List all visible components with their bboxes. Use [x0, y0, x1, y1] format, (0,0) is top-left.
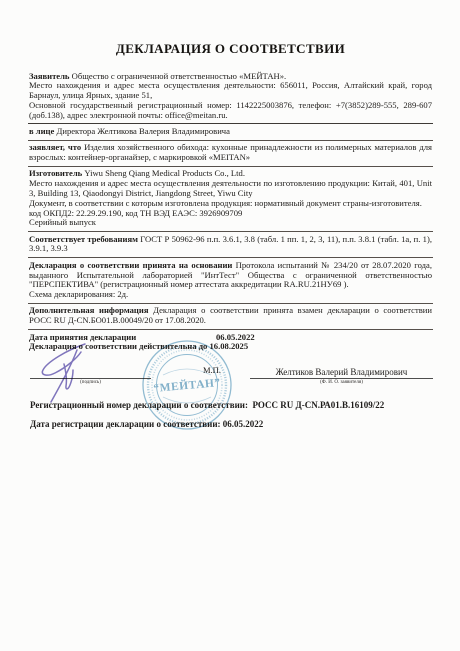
applicant-address: Место нахождения и адрес места осуществл…: [29, 81, 432, 101]
manufacturer-release-type: Серийный выпуск: [29, 218, 432, 228]
stamp-center-text: “МЕЙТАН”: [153, 375, 221, 395]
represented-by-text: Директора Желтикова Валерия Владимирович…: [56, 126, 229, 136]
additional-info-line: Дополнительная информация Декларация о с…: [29, 306, 432, 326]
applicant-ogrn: Основной государственный регистрационный…: [29, 101, 432, 121]
signer-name-caption: (Ф. И. О. заявителя): [250, 380, 433, 386]
manufacturer-section: Изготовитель Yiwu Sheng Qiang Medical Pr…: [28, 166, 433, 231]
declares-text: Изделия хозяйственного обихода: кухонные…: [29, 142, 432, 162]
applicant-label: Заявитель: [29, 71, 69, 81]
document-title: ДЕКЛАРАЦИЯ О СООТВЕТСТВИИ: [28, 41, 433, 57]
manufacturer-address: Место нахождения и адрес места осуществл…: [29, 179, 432, 199]
company-round-stamp: “МЕЙТАН”: [141, 339, 233, 431]
signer-name-block: Желтиков Валерий Владимирович (Ф. И. О. …: [250, 355, 433, 386]
conformity-label: Соответствует требованиям: [29, 234, 138, 244]
conformity-section: Соответствует требованиям ГОСТ Р 50962-9…: [28, 231, 433, 257]
declares-label: заявляет, что: [29, 142, 81, 152]
represented-by-section: в лице Директора Желтикова Валерия Влади…: [28, 123, 433, 139]
manufacturer-label: Изготовитель: [29, 168, 82, 178]
basis-label: Декларация о соответствии принята на осн…: [29, 260, 232, 270]
signature-ink: [17, 340, 112, 405]
represented-by-label: в лице: [29, 126, 54, 136]
signer-name-line: [250, 378, 433, 379]
registration-number-value: РОСС RU Д-CN.РА01.В.16109/22: [252, 400, 384, 410]
conformity-line: Соответствует требованиям ГОСТ Р 50962-9…: [29, 235, 432, 255]
manufacturer-name: Yiwu Sheng Qiang Medical Products Co., L…: [84, 168, 245, 178]
declares-line: заявляет, что Изделия хозяйственного оби…: [29, 143, 432, 163]
basis-scheme: Схема декларирования: 2д.: [29, 290, 432, 300]
document-page: ДЕКЛАРАЦИЯ О СООТВЕТСТВИИ Заявитель Обще…: [0, 0, 460, 651]
additional-info-section: Дополнительная информация Декларация о с…: [28, 303, 433, 329]
applicant-section: Заявитель Общество с ограниченной ответс…: [28, 69, 433, 123]
basis-line: Декларация о соответствии принята на осн…: [29, 261, 432, 290]
represented-by-line: в лице Директора Желтикова Валерия Влади…: [29, 127, 432, 137]
signer-name: Желтиков Валерий Владимирович: [250, 355, 433, 377]
basis-section: Декларация о соответствии принята на осн…: [28, 257, 433, 303]
declares-section: заявляет, что Изделия хозяйственного оби…: [28, 140, 433, 166]
additional-info-label: Дополнительная информация: [29, 305, 148, 315]
applicant-name: Общество с ограниченной ответственностью…: [72, 71, 287, 81]
